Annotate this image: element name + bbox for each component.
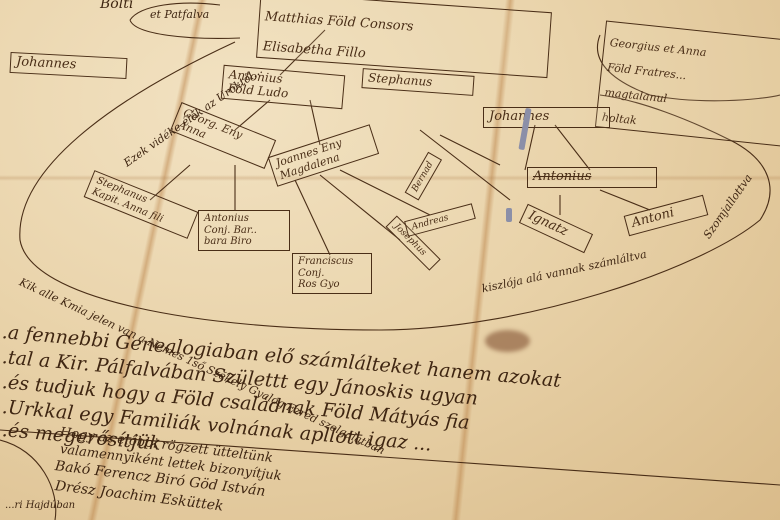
top-right-line-2: Föld Fratres... [607,61,687,82]
ink-stain [485,330,530,352]
header-line-1: Matthias Föld Consors [264,9,414,34]
node-johannes-mid: Johannes [483,107,610,128]
top-right-line-3: magtalanul [604,86,668,105]
genealogy-document-photo: Johannes Bolti et Patfalva Matthias Föld… [0,0,780,520]
paper-hole [506,208,512,222]
node-franciscus: Franciscus Conj. Ros Gyo [292,253,372,294]
node-antonius-low: Antonius Conj. Bar.. bara Biro [198,210,290,251]
top-right-line-1: Georgius et Anna [609,36,707,59]
fragment-top-left: Bolti [100,0,133,12]
bottom-left-fragment: ...ri Hajdúban [5,500,75,511]
header-line-2: Elisabetha Fillo [262,39,366,61]
note-top-left: et Patfalva [150,8,209,21]
node-antonius-crossed: Antonius [527,167,657,188]
box-top-right-siblings: Georgius et Anna Föld Fratres... magtala… [595,21,780,147]
